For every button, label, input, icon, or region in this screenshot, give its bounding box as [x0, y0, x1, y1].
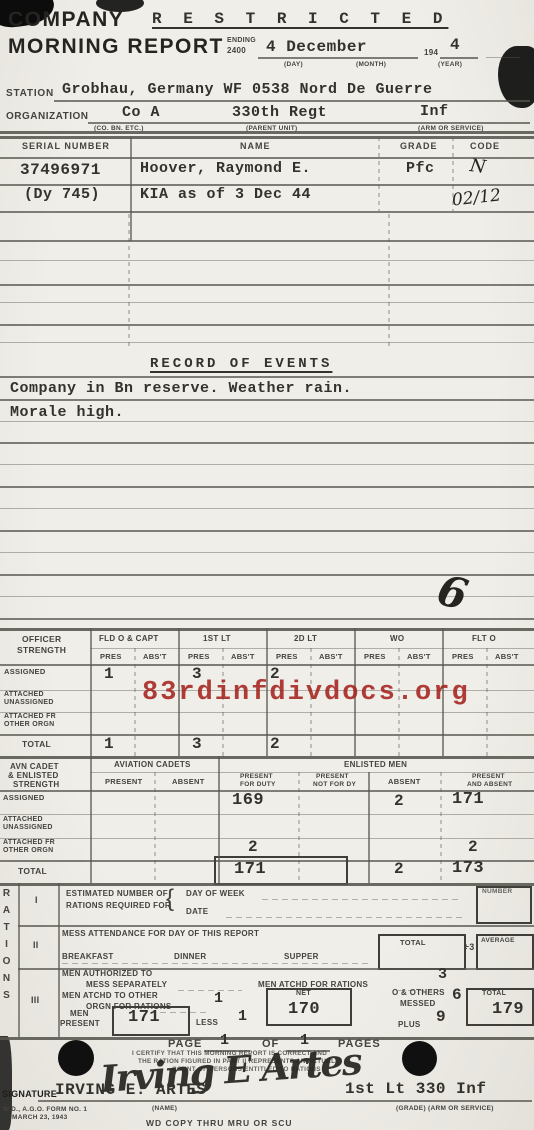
officer-subcol-border	[134, 648, 136, 756]
officer-sub-abst-2: ABS'T	[231, 652, 255, 661]
org-unit-value: Co A	[122, 104, 160, 121]
rations-est-line1: ESTIMATED NUMBER OF	[66, 889, 168, 898]
organization-underline	[88, 122, 530, 124]
rations-others-line2: MESSED	[400, 999, 436, 1008]
year-underline	[440, 57, 478, 59]
rations-auth-line2: MESS SEPARATELY	[86, 980, 167, 989]
events-line2: Morale high.	[10, 404, 124, 421]
rule	[0, 157, 534, 159]
officer-sub-pres-2: PRES	[188, 652, 210, 661]
rations-net-label: NET	[296, 990, 311, 997]
officer-row-attached-unassigned-2: UNASSIGNED	[4, 699, 54, 706]
rations-total-box-ii-label: TOTAL	[400, 938, 426, 947]
rations-net-value: 170	[288, 1000, 320, 1019]
rations-others-line1: O & OTHERS	[392, 988, 445, 997]
station-value: Grobhau, Germany WF 0538 Nord De Guerre	[62, 81, 433, 98]
enlisted-row-attached-fr-1: ATTACHED FR	[3, 839, 55, 846]
rations-atchd-other-line1: MEN ATCHD TO OTHER	[62, 991, 158, 1000]
enlisted-subcol-border	[154, 772, 156, 883]
officer-group-wo: WO	[390, 634, 404, 643]
organization-label: ORGANIZATION	[6, 111, 88, 122]
officer-total-2dlt-pres: 2	[270, 735, 280, 753]
rule	[90, 772, 534, 773]
ending-time: 2400	[227, 46, 246, 55]
enlisted-attother-pa: 2	[468, 838, 478, 856]
officer-group-1stlt: 1ST LT	[203, 634, 231, 643]
month-sublabel: (MONTH)	[356, 61, 386, 68]
rations-total-iii-label: TOTAL	[482, 990, 506, 997]
rations-number-box-label: NUMBER	[482, 888, 512, 895]
scan-blob-left-strip	[0, 1036, 12, 1130]
officer-sub-abst-5: ABS'T	[495, 652, 519, 661]
rule	[0, 211, 534, 213]
enlisted-row-attached-unassigned-2: UNASSIGNED	[3, 824, 53, 831]
rule	[0, 530, 534, 532]
page-label: PAGE	[168, 1038, 202, 1050]
roster-row1-code-handwritten: N	[469, 155, 488, 178]
signature-label: SIGNATURE	[2, 1089, 57, 1099]
rule	[0, 240, 534, 242]
wd-copy-note: WD COPY THRU MRU OR SCU	[146, 1118, 293, 1128]
signature-underline	[38, 1100, 532, 1102]
year-sublabel: (YEAR)	[438, 61, 462, 68]
date-underline	[258, 57, 418, 59]
column-tick	[128, 214, 130, 350]
station-label: STATION	[6, 88, 54, 99]
enlisted-assigned-pfd: 169	[232, 791, 264, 810]
form-title-company: COMPANY	[8, 8, 124, 32]
officer-total-fld-pres: 1	[104, 735, 114, 753]
roster-divider-grade	[378, 137, 380, 211]
form-number-line2: MARCH 23, 1943	[12, 1114, 68, 1121]
rations-mess-line	[62, 963, 370, 964]
rations-atchd-rations-value: 3	[438, 966, 448, 983]
roster-row1-serial: 37496971	[20, 161, 101, 179]
rule	[0, 302, 534, 303]
enlisted-col-pa-2: AND ABSENT	[467, 781, 512, 788]
officer-corner-line1: OFFICER	[22, 634, 61, 644]
rule	[0, 376, 534, 378]
officer-sub-pres-5: PRES	[452, 652, 474, 661]
rations-auth-line	[178, 990, 242, 991]
roster-col-serial: SERIAL NUMBER	[22, 141, 110, 151]
enlisted-row-assigned: ASSIGNED	[3, 793, 45, 802]
officer-total-1stlt-pres: 3	[192, 735, 202, 753]
roster-divider	[130, 137, 132, 241]
enlisted-subcol-border	[298, 772, 300, 883]
grade-sublabel: (GRADE) (ARM OR SERVICE)	[396, 1105, 494, 1112]
year-underline-2	[486, 57, 520, 58]
rations-border	[58, 883, 60, 1037]
enlisted-col-border	[90, 756, 92, 883]
roster-col-grade: GRADE	[400, 141, 438, 151]
rule	[0, 342, 534, 343]
enlisted-corner-line1: AVN CADET	[10, 762, 59, 771]
officer-assigned-fld-pres: 1	[104, 665, 114, 683]
day-sublabel: (DAY)	[284, 61, 303, 68]
rations-divide-by-three: ÷3	[464, 942, 475, 952]
officer-group-2dlt: 2D LT	[294, 634, 317, 643]
officer-col-border	[90, 628, 92, 756]
rations-day-of-week-label: DAY OF WEEK	[186, 889, 245, 898]
enlisted-group-enlisted: ENLISTED MEN	[344, 760, 407, 769]
signer-grade-typed: 1st Lt 330 Inf	[345, 1080, 486, 1098]
officer-sub-pres-1: PRES	[100, 652, 122, 661]
events-title: RECORD OF EVENTS	[150, 356, 332, 372]
rations-mess-title: MESS ATTENDANCE FOR DAY OF THIS REPORT	[62, 929, 259, 938]
enlisted-col-cadet-present: PRESENT	[105, 777, 143, 786]
classification-stamp: R E S T R I C T E D	[152, 10, 448, 28]
officer-row-attached-fr-2: OTHER ORGN	[4, 721, 54, 728]
rations-numeral-iii: III	[31, 995, 39, 1005]
roster-row2-serial: (Dy 745)	[24, 186, 100, 203]
rule	[0, 838, 534, 839]
officer-row-assigned: ASSIGNED	[4, 667, 46, 676]
rations-day-line	[262, 899, 462, 900]
year-prefix: 194	[424, 48, 438, 57]
punch-hole-right	[402, 1041, 437, 1076]
rations-men-label-2: PRESENT	[60, 1019, 100, 1028]
rule	[0, 442, 534, 444]
roster-col-name: NAME	[240, 141, 271, 151]
enlisted-col-pfd-2: FOR DUTY	[240, 781, 276, 788]
rule	[0, 284, 534, 286]
enlisted-row-attached-fr-2: OTHER ORGN	[3, 847, 53, 854]
form-number-line1: W.D., A.G.O. FORM NO. 1	[3, 1106, 87, 1113]
rule	[0, 508, 534, 509]
page-value: 1	[220, 1032, 230, 1049]
signer-name-typed: IRVING E. ARTES	[55, 1081, 207, 1099]
morning-report-scan: COMPANY R E S T R I C T E D MORNING REPO…	[0, 0, 534, 1130]
rule	[0, 421, 534, 422]
roster-row2-name: KIA as of 3 Dec 44	[140, 186, 311, 203]
rule	[0, 131, 534, 134]
roster-row1-name: Hoover, Raymond E.	[140, 160, 311, 177]
officer-sub-abst-4: ABS'T	[407, 652, 431, 661]
report-date-value: 4 December	[266, 38, 367, 56]
rule	[0, 399, 534, 401]
enlisted-col-absent: ABSENT	[388, 777, 421, 786]
enlisted-total-pa: 173	[452, 859, 484, 878]
rule	[0, 324, 534, 326]
rations-brace: {	[166, 885, 174, 913]
officer-subcol-border	[486, 648, 488, 756]
name-sublabel: (NAME)	[152, 1105, 177, 1112]
rule	[0, 883, 534, 886]
rations-less-value: 1	[238, 1008, 248, 1025]
officer-group-flto: FLT O	[472, 634, 496, 643]
rations-date-label: DATE	[186, 907, 208, 916]
enlisted-col-pnfd-1: PRESENT	[316, 773, 349, 780]
rule	[0, 136, 534, 139]
officer-group-fldo: FLD O & CAPT	[99, 634, 159, 643]
rations-breakfast: BREAKFAST	[62, 952, 114, 961]
rations-present-value: 171	[128, 1008, 160, 1027]
org-parent-value: 330th Regt	[232, 104, 327, 121]
rations-less-label: LESS	[196, 1018, 218, 1027]
enlisted-assigned-absent: 2	[394, 792, 404, 810]
enlisted-row-total: TOTAL	[18, 866, 47, 876]
rule	[0, 464, 534, 465]
roster-divider-code	[452, 137, 454, 211]
roster-row1-grade: Pfc	[406, 160, 435, 177]
rations-atchd-other-value: 1	[214, 990, 224, 1007]
rule	[0, 552, 534, 553]
enlisted-total-pfd: 171	[234, 860, 266, 879]
enlisted-corner-line3: STRENGTH	[13, 780, 59, 789]
enlisted-row-attached-unassigned-1: ATTACHED	[3, 816, 43, 823]
enlisted-corner-line2: & ENLISTED	[8, 771, 59, 780]
scan-blob-top-right	[498, 46, 534, 108]
rations-est-line2: RATIONS REQUIRED FOR	[66, 901, 171, 910]
enlisted-col-pnfd-2: NOT FOR DY	[313, 781, 356, 788]
rations-total-value: 179	[492, 1000, 524, 1019]
enlisted-total-absent: 2	[394, 860, 404, 878]
report-year-digit: 4	[450, 36, 460, 54]
rule	[0, 260, 534, 261]
rations-supper: SUPPER	[284, 952, 319, 961]
officer-row-attached-fr-1: ATTACHED FR	[4, 713, 56, 720]
rule	[0, 756, 534, 759]
rule	[0, 814, 534, 815]
rations-plus-label: PLUS	[398, 1020, 421, 1029]
rule	[18, 925, 534, 927]
rations-average-box-label: AVERAGE	[481, 937, 515, 944]
enlisted-subcol-border	[440, 772, 442, 883]
rations-auth-line1: MEN AUTHORIZED TO	[62, 969, 152, 978]
rations-others-value: 6	[452, 986, 462, 1004]
rule	[0, 486, 534, 488]
punch-hole-left	[58, 1040, 94, 1076]
station-underline	[54, 100, 530, 102]
enlisted-col-border	[218, 756, 220, 883]
rations-plus-value: 9	[436, 1008, 446, 1026]
enlisted-col-pfd-1: PRESENT	[240, 773, 273, 780]
rations-numeral-i: I	[35, 895, 38, 905]
officer-sub-pres-3: PRES	[276, 652, 298, 661]
officer-row-attached-unassigned-1: ATTACHED	[4, 691, 44, 698]
rations-date-line	[226, 917, 462, 918]
enlisted-subcol-border	[368, 772, 370, 883]
ending-label: ENDING	[227, 37, 256, 44]
rations-men-label-1: MEN	[70, 1009, 89, 1018]
enlisted-attother-pfd: 2	[248, 838, 258, 856]
watermark: 83rdinfdivdocs.org	[142, 678, 470, 708]
officer-sub-pres-4: PRES	[364, 652, 386, 661]
org-arm-value: Inf	[420, 103, 449, 120]
officer-sub-abst-3: ABS'T	[319, 652, 343, 661]
officer-row-total: TOTAL	[22, 739, 51, 749]
column-tick	[388, 214, 390, 350]
officer-sub-abst-1: ABS'T	[143, 652, 167, 661]
officer-corner-line2: STRENGTH	[17, 645, 66, 655]
enlisted-group-cadets: AVIATION CADETS	[114, 760, 191, 769]
enlisted-col-cadet-absent: ABSENT	[172, 777, 205, 786]
enlisted-assigned-pa: 171	[452, 790, 484, 809]
form-title-morning-report: MORNING REPORT	[8, 35, 224, 59]
rations-vertical-label: RATIONS	[1, 888, 12, 1038]
roster-row2-code-handwritten: 02/12	[451, 185, 502, 210]
rations-border	[18, 883, 20, 1037]
rations-numeral-ii: II	[33, 940, 39, 950]
roster-col-code: CODE	[470, 141, 500, 151]
enlisted-col-pa-1: PRESENT	[472, 773, 505, 780]
rations-dinner: DINNER	[174, 952, 206, 961]
events-line1: Company in Bn reserve. Weather rain.	[10, 380, 352, 397]
rule	[90, 648, 534, 649]
